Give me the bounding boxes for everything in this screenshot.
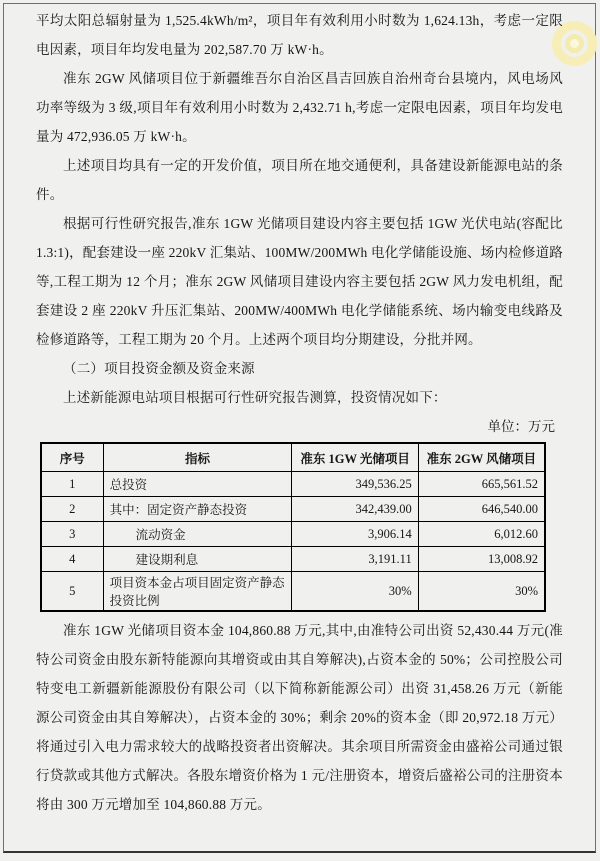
table-row: 4 建设期利息 3,191.11 13,008.92 xyxy=(41,547,545,572)
cell-value-1gw: 30% xyxy=(292,572,418,612)
cell-value-2gw: 30% xyxy=(418,572,545,612)
unit-note: 单位：万元 xyxy=(36,412,563,441)
cell-serial: 4 xyxy=(41,547,103,572)
paragraph-development-value: 上述项目均具有一定的开发价值，项目所在地交通便利，具备建设新能源电站的条件。 xyxy=(36,151,563,209)
paragraph-solar-generation: 平均太阳总辐射量为 1,525.4kWh/m²，项目年有效利用小时数为 1,62… xyxy=(36,6,563,64)
cell-indicator: 建设期利息 xyxy=(103,547,292,572)
cell-indicator: 流动资金 xyxy=(103,522,292,547)
cell-indicator: 项目资本金占项目固定资产静态投资比例 xyxy=(103,572,292,612)
cell-value-1gw: 349,536.25 xyxy=(292,472,418,497)
cell-indicator: 总投资 xyxy=(103,472,292,497)
cell-serial: 5 xyxy=(41,572,103,612)
document-content: 平均太阳总辐射量为 1,525.4kWh/m²，项目年有效利用小时数为 1,62… xyxy=(36,6,563,819)
section-heading: （二）项目投资金额及资金来源 xyxy=(36,354,563,383)
cell-value-1gw: 3,906.14 xyxy=(292,522,418,547)
cell-serial: 3 xyxy=(41,522,103,547)
cell-value-2gw: 6,012.60 xyxy=(418,522,545,547)
document-page: 平均太阳总辐射量为 1,525.4kWh/m²，项目年有效利用小时数为 1,62… xyxy=(3,3,596,853)
table-header-row: 序号 指标 准东 1GW 光储项目 准东 2GW 风储项目 xyxy=(41,443,545,472)
paragraph-wind-project: 准东 2GW 风储项目位于新疆维吾尔自治区昌吉回族自治州奇台县境内，风电场风功率… xyxy=(36,64,563,151)
cell-serial: 1 xyxy=(41,472,103,497)
cell-serial: 2 xyxy=(41,497,103,522)
header-indicator: 指标 xyxy=(103,443,292,472)
table-row: 2 其中：固定资产静态投资 342,439.00 646,540.00 xyxy=(41,497,545,522)
cell-indicator: 其中：固定资产静态投资 xyxy=(103,497,292,522)
watermark-inner-ring xyxy=(565,34,584,53)
paragraph-feasibility-report: 根据可行性研究报告,准东 1GW 光储项目建设内容主要包括 1GW 光伏电站(容… xyxy=(36,209,563,354)
investment-table: 序号 指标 准东 1GW 光储项目 准东 2GW 风储项目 1 总投资 349,… xyxy=(40,442,546,612)
paragraph-capital-funding: 准东 1GW 光储项目资本金 104,860.88 万元,其中,由准特公司出资 … xyxy=(36,616,563,819)
cell-value-2gw: 646,540.00 xyxy=(418,497,545,522)
table-row: 3 流动资金 3,906.14 6,012.60 xyxy=(41,522,545,547)
cell-value-1gw: 342,439.00 xyxy=(292,497,418,522)
table-row: 5 项目资本金占项目固定资产静态投资比例 30% 30% xyxy=(41,572,545,612)
header-project-2gw: 准东 2GW 风储项目 xyxy=(418,443,545,472)
cell-value-2gw: 665,561.52 xyxy=(418,472,545,497)
cell-value-2gw: 13,008.92 xyxy=(418,547,545,572)
header-serial-no: 序号 xyxy=(41,443,103,472)
table-intro-line: 上述新能源电站项目根据可行性研究报告测算，投资情况如下： xyxy=(36,383,563,412)
table-row: 1 总投资 349,536.25 665,561.52 xyxy=(41,472,545,497)
cell-value-1gw: 3,191.11 xyxy=(292,547,418,572)
header-project-1gw: 准东 1GW 光储项目 xyxy=(292,443,418,472)
